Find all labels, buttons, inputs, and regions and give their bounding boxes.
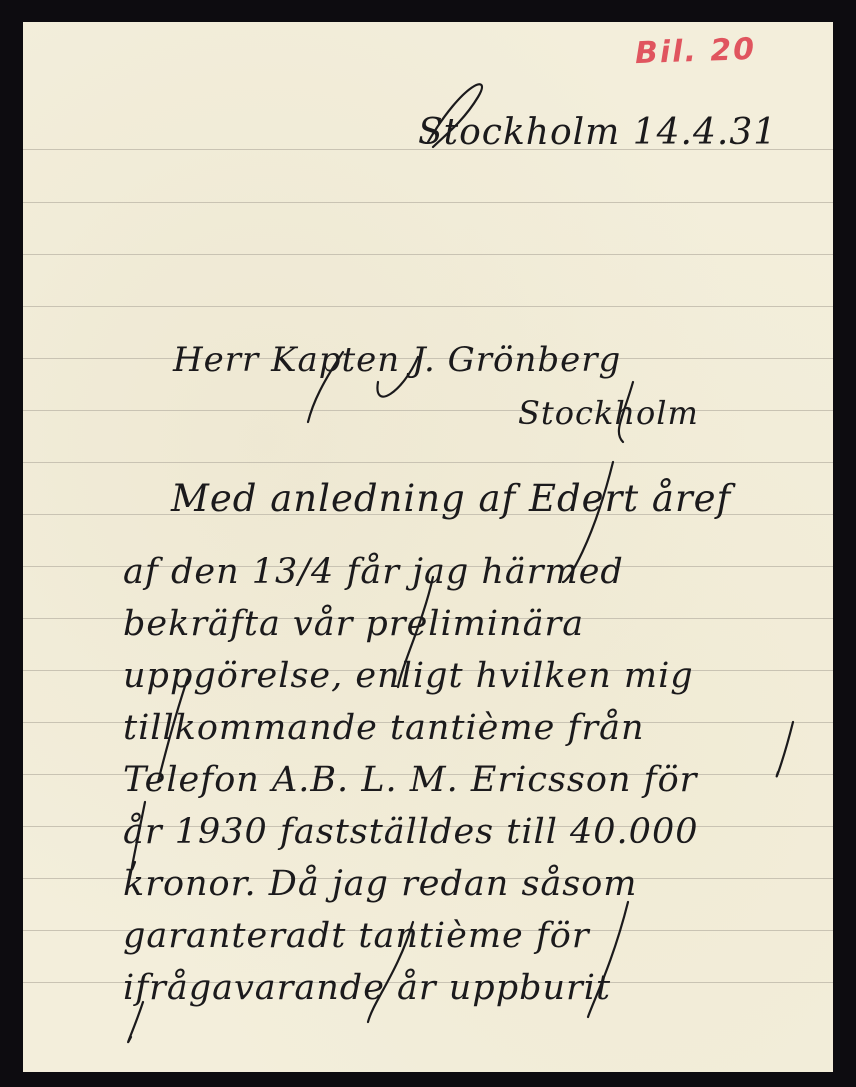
ruled-line xyxy=(23,306,833,307)
body-line-10: ifrågavarande år uppburit xyxy=(123,968,611,1008)
recipient-city: Stockholm xyxy=(518,394,699,432)
body-line-1: Med anledning af Edert åref xyxy=(171,477,731,520)
body-line-3: bekräfta vår preliminära xyxy=(123,604,584,644)
ruled-line xyxy=(23,254,833,255)
letter-page: Bil. 20 Stockholm 14.4.31 Herr Kapten J.… xyxy=(23,22,833,1072)
body-line-8: kronor. Då jag redan såsom xyxy=(123,864,638,904)
handwriting-flourishes xyxy=(23,22,833,1072)
body-line-9: garanteradt tantième för xyxy=(123,916,590,956)
body-line-7: år 1930 fastställdes till 40.000 xyxy=(123,812,699,852)
place-date: Stockholm 14.4.31 xyxy=(418,112,777,153)
body-line-6: Telefon A.B. L. M. Ericsson för xyxy=(123,760,697,800)
ruled-line xyxy=(23,202,833,203)
body-line-2: af den 13/4 får jag härmed xyxy=(123,552,624,592)
recipient-name: Herr Kapten J. Grönberg xyxy=(173,340,621,380)
archive-stamp: Bil. 20 xyxy=(634,32,756,71)
ruled-line xyxy=(23,462,833,463)
body-line-5: tillkommande tantième från xyxy=(123,708,645,748)
body-line-4: uppgörelse, enligt hvilken mig xyxy=(123,656,694,696)
ruled-line xyxy=(23,410,833,411)
